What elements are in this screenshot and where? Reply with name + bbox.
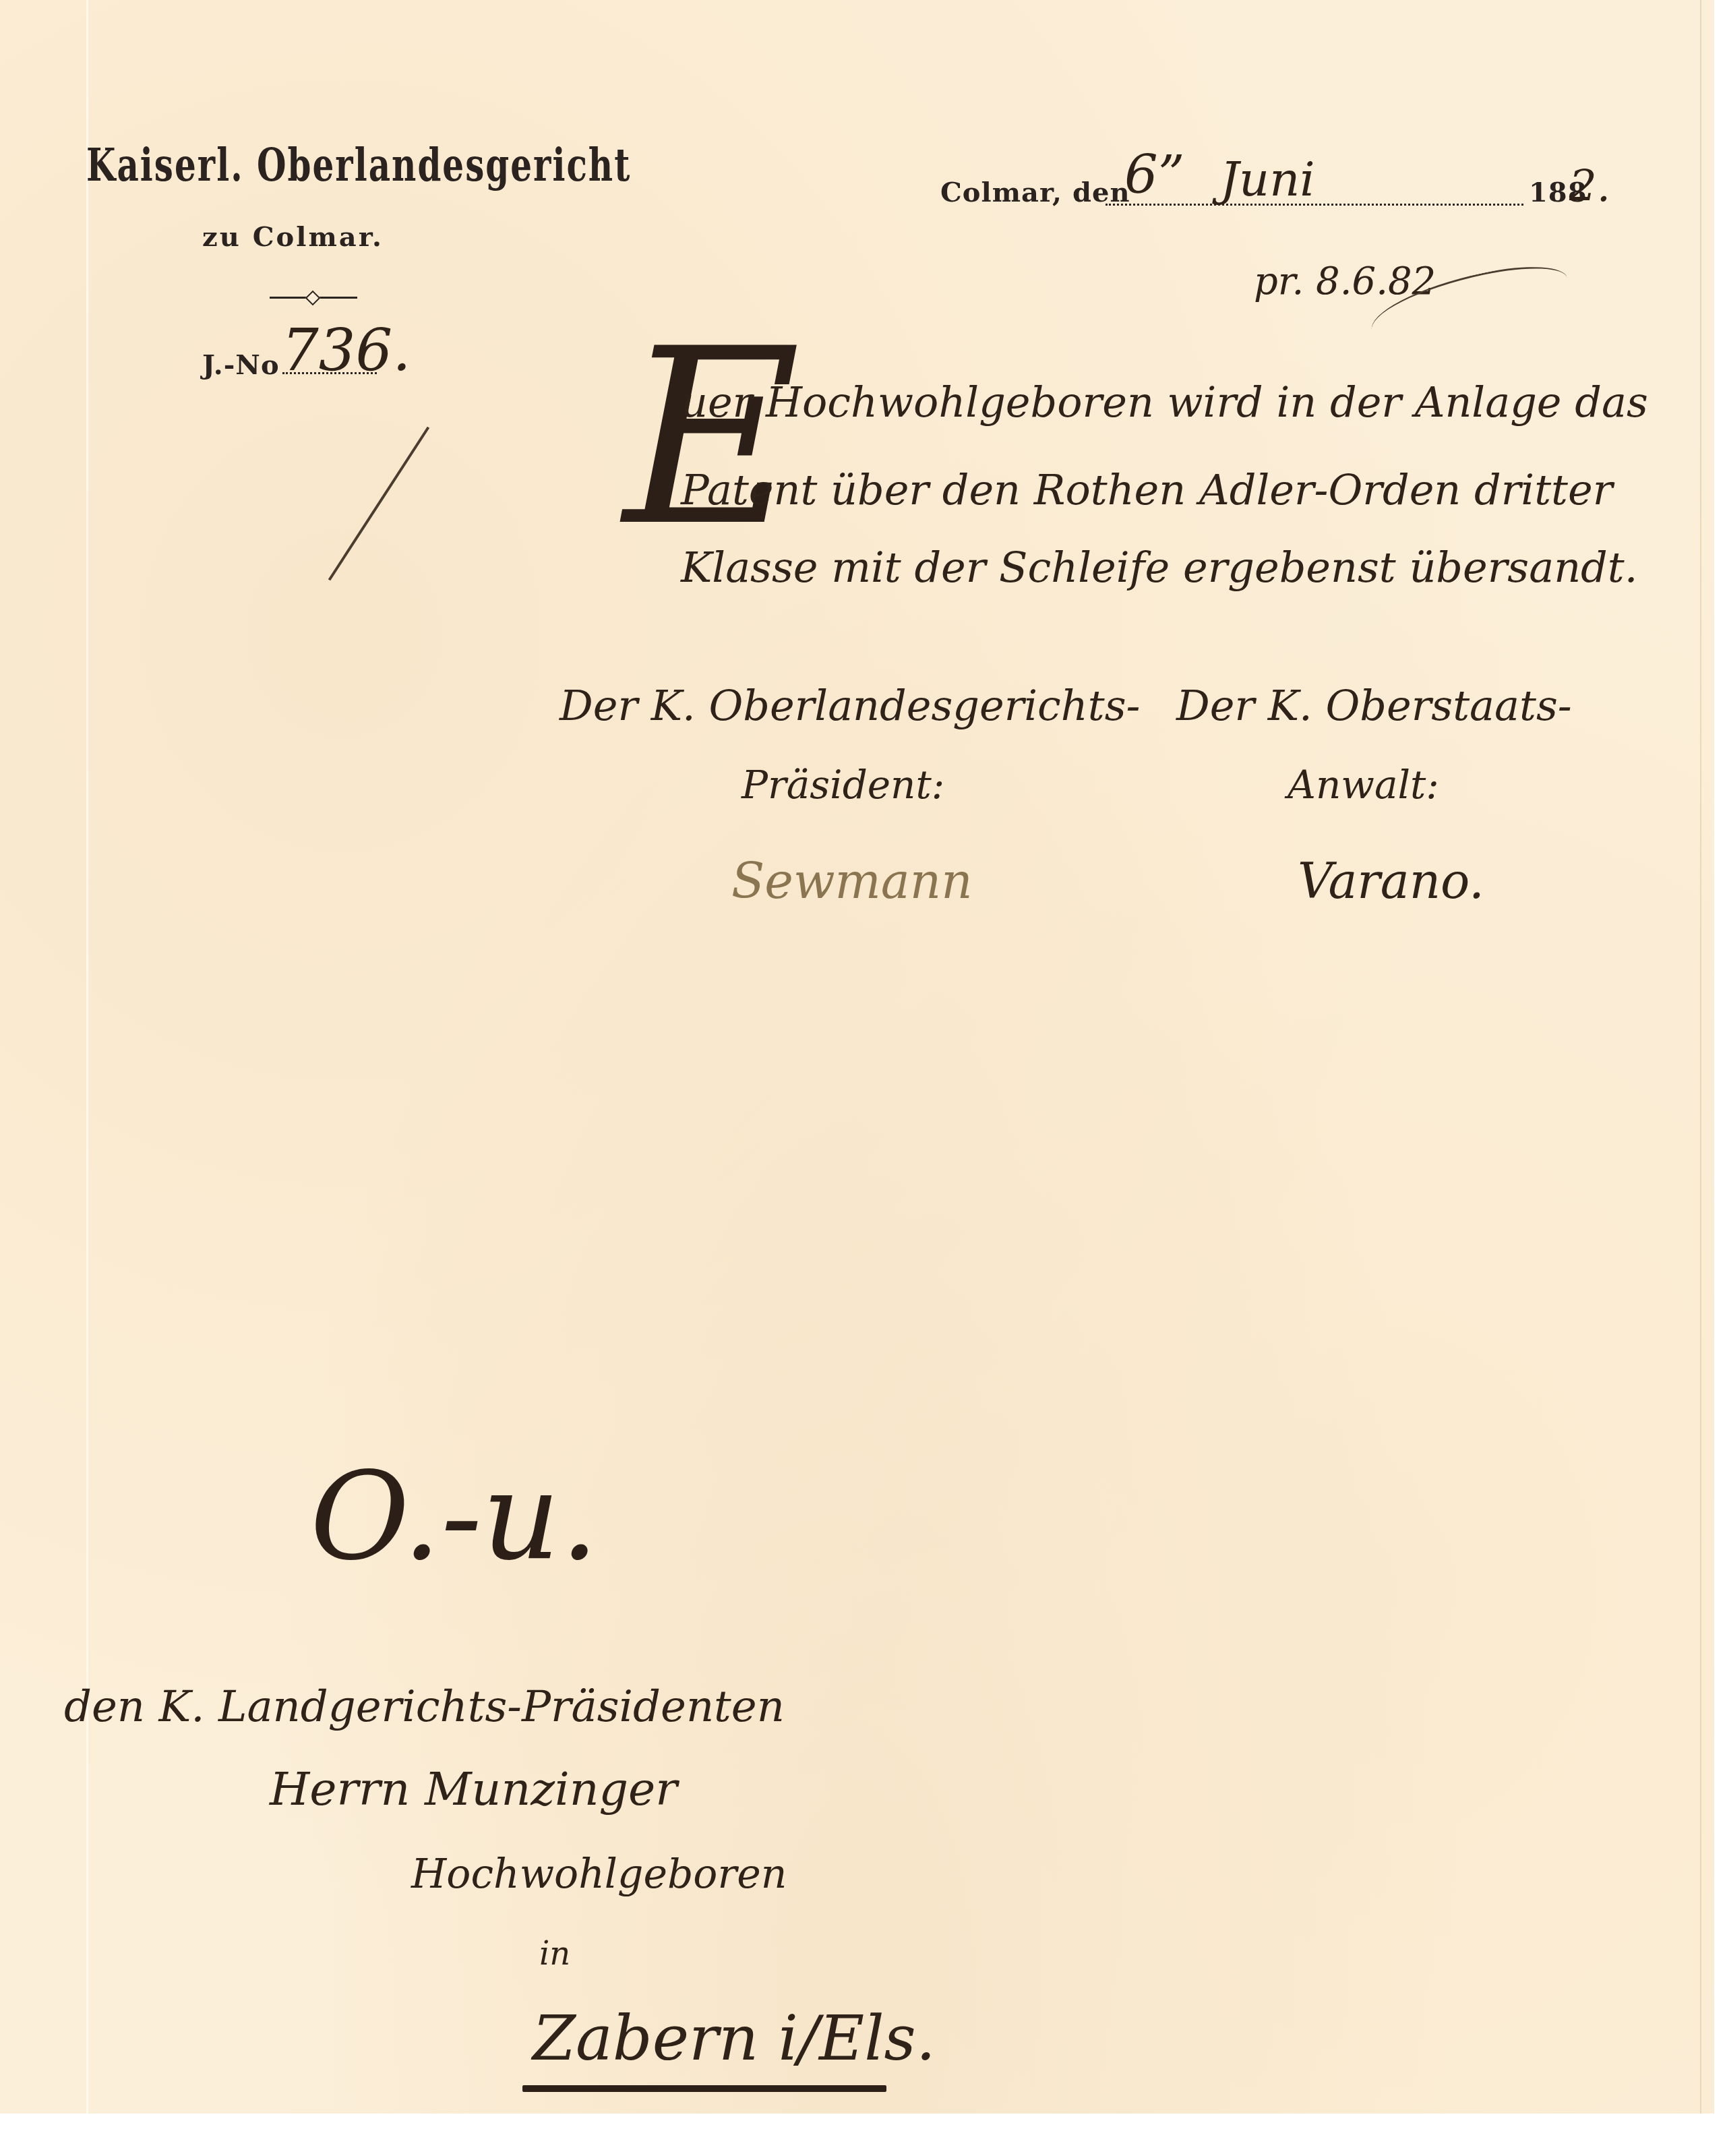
signatory-left-title: Der K. Oberlandesgerichts- — [559, 681, 1140, 730]
address-underline — [522, 2085, 886, 2092]
address-honorific: Hochwohlgeboren — [411, 1851, 787, 1898]
fold-line — [86, 0, 88, 2114]
decorative-initial: E — [624, 317, 801, 560]
body-line: Klasse mit der Schleife ergebenst übersa… — [681, 543, 1637, 592]
journal-number: 736. — [282, 317, 411, 384]
address-recipient-title: den K. Landgerichts-Präsidenten — [64, 1682, 785, 1732]
dateline-place: Colmar, den — [940, 177, 1130, 208]
signatory-left-role: Präsident: — [742, 762, 944, 808]
ornamental-divider — [270, 297, 357, 299]
paper-edge-shadow — [1700, 0, 1701, 2114]
dateline-year-handwritten: 2. — [1569, 162, 1610, 212]
address-initial: O.-u. — [310, 1446, 599, 1587]
signature-left: Sewmann — [731, 853, 973, 909]
body-line: Patent über den Rothen Adler-Orden dritt… — [681, 465, 1612, 514]
paper-sheet: Kaiserl. Oberlandesgericht zu Colmar. J.… — [0, 0, 1714, 2114]
dateline-day: 6” — [1124, 145, 1185, 206]
address-city: Zabern i/Els. — [533, 2002, 936, 2074]
signature-right: Varano. — [1298, 853, 1484, 909]
letterhead-subtitle: zu Colmar. — [202, 221, 384, 253]
signatory-right-title: Der K. Oberstaats- — [1176, 681, 1572, 730]
margin-slash-mark — [328, 427, 429, 581]
address-preposition: in — [539, 1935, 570, 1973]
body-line: uer Hochwohlgeboren wird in der Anlage d… — [681, 378, 1648, 427]
journal-label: J.-No — [202, 349, 280, 381]
signatory-right-role: Anwalt: — [1288, 762, 1439, 808]
address-recipient-name: Herrn Munzinger — [270, 1763, 677, 1816]
letterhead-title: Kaiserl. Oberlandesgericht — [86, 138, 631, 192]
dateline-month: Juni — [1220, 152, 1315, 207]
